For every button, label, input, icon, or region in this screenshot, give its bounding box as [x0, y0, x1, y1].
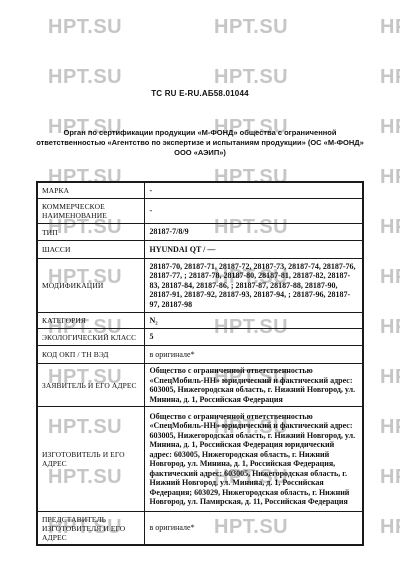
table-row: МОДИФИКАЦИИ28187-70, 28187-71, 28187-72,…	[37, 259, 363, 313]
doc-number: ТС RU Е-RU.АБ58.01044	[0, 89, 400, 98]
table-row: КОММЕРЧЕСКОЕ НАИМЕНОВАНИЕ-	[37, 199, 363, 224]
table-row: КАТЕГОРИЯN₂	[37, 313, 363, 329]
row-value: в оригинале*	[144, 512, 363, 546]
row-value: -	[144, 199, 363, 224]
table-row: ИЗГОТОВИТЕЛЬ И ЕГО АДРЕСОбщество с огран…	[37, 407, 363, 512]
row-value: в оригинале*	[144, 346, 363, 364]
row-label: ТИП	[37, 224, 144, 241]
row-value: -	[144, 182, 363, 199]
row-label: ПРЕДСТАВИТЕЛЬ ИЗГОТОВИТЕЛЯ И ЕГО АДРЕС	[37, 512, 144, 546]
certificate-page: HPT.SUHPT.SUHPT.SUHPT.SUHPT.SUHPT.SUHPT.…	[0, 0, 400, 565]
row-label: КАТЕГОРИЯ	[37, 313, 144, 329]
row-label: ШАССИ	[37, 241, 144, 259]
certificate-content: ТС RU Е-RU.АБ58.01044 Орган по сертифика…	[0, 0, 400, 565]
row-label: МОДИФИКАЦИИ	[37, 259, 144, 313]
table-row: МАРКА-	[37, 182, 363, 199]
table-row: КОД ОКП / ТН ВЭДв оригинале*	[37, 346, 363, 364]
table-row: ТИП28187-7/8/9	[37, 224, 363, 241]
row-value: 5	[144, 329, 363, 346]
row-value: 28187-70, 28187-71, 28187-72, 28187-73, …	[144, 259, 363, 313]
row-value: Общество с ограниченной ответственностью…	[144, 364, 363, 407]
row-value: N₂	[144, 313, 363, 329]
approval-table: МАРКА-КОММЕРЧЕСКОЕ НАИМЕНОВАНИЕ-ТИП28187…	[36, 181, 364, 546]
row-label: КОД ОКП / ТН ВЭД	[37, 346, 144, 364]
row-value: HYUNDAI QT / —	[144, 241, 363, 259]
table-row: ЭКОЛОГИЧЕСКИЙ КЛАСС5	[37, 329, 363, 346]
table-row: ШАССИHYUNDAI QT / —	[37, 241, 363, 259]
row-value: 28187-7/8/9	[144, 224, 363, 241]
row-label: ИЗГОТОВИТЕЛЬ И ЕГО АДРЕС	[37, 407, 144, 512]
row-label: ЭКОЛОГИЧЕСКИЙ КЛАСС	[37, 329, 144, 346]
certification-body-text: Орган по сертификации продукции «М-ФОНД»…	[32, 128, 368, 158]
table-row: ПРЕДСТАВИТЕЛЬ ИЗГОТОВИТЕЛЯ И ЕГО АДРЕСв …	[37, 512, 363, 546]
row-value: Общество с ограниченной ответственностью…	[144, 407, 363, 512]
row-label: КОММЕРЧЕСКОЕ НАИМЕНОВАНИЕ	[37, 199, 144, 224]
approval-table-body: МАРКА-КОММЕРЧЕСКОЕ НАИМЕНОВАНИЕ-ТИП28187…	[37, 182, 363, 545]
row-label: МАРКА	[37, 182, 144, 199]
row-label: ЗАЯВИТЕЛЬ И ЕГО АДРЕС	[37, 364, 144, 407]
table-row: ЗАЯВИТЕЛЬ И ЕГО АДРЕСОбщество с ограниче…	[37, 364, 363, 407]
